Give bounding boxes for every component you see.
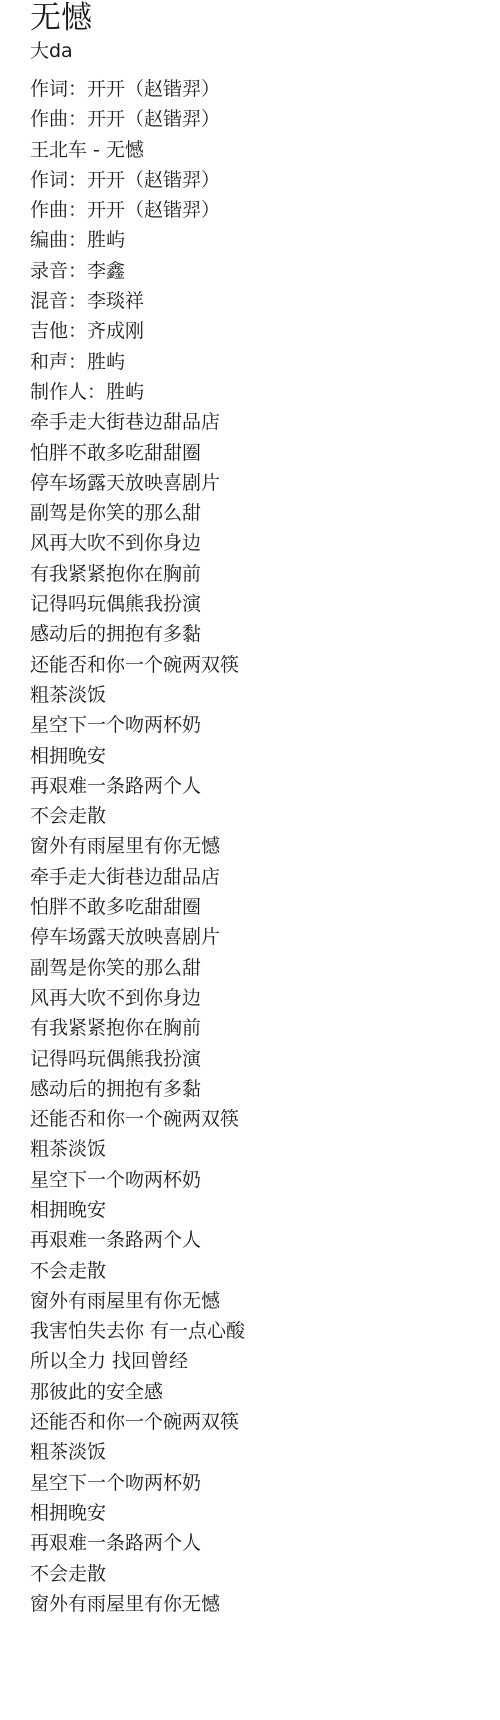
lyric-line: 和声：胜屿 <box>30 347 500 377</box>
lyric-line: 作曲：开开（赵锴羿） <box>30 195 500 225</box>
lyric-line: 有我紧紧抱你在胸前 <box>30 559 500 589</box>
lyric-line: 窗外有雨屋里有你无憾 <box>30 831 500 861</box>
lyric-line: 不会走散 <box>30 801 500 831</box>
lyric-line: 再艰难一条路两个人 <box>30 1225 500 1255</box>
lyric-line: 再艰难一条路两个人 <box>30 1528 500 1558</box>
lyric-line: 相拥晚安 <box>30 1195 500 1225</box>
lyric-line: 副驾是你笑的那么甜 <box>30 498 500 528</box>
artist-name: 大da <box>30 38 500 64</box>
lyric-line: 王北车 - 无憾 <box>30 135 500 165</box>
lyric-line: 窗外有雨屋里有你无憾 <box>30 1589 500 1619</box>
lyric-line: 再艰难一条路两个人 <box>30 771 500 801</box>
lyric-line: 不会走散 <box>30 1559 500 1589</box>
lyric-line: 不会走散 <box>30 1256 500 1286</box>
lyric-line: 还能否和你一个碗两双筷 <box>30 1104 500 1134</box>
lyric-line: 风再大吹不到你身边 <box>30 983 500 1013</box>
lyric-line: 窗外有雨屋里有你无憾 <box>30 1286 500 1316</box>
lyric-line: 粗茶淡饭 <box>30 680 500 710</box>
lyric-line: 副驾是你笑的那么甜 <box>30 953 500 983</box>
lyric-line: 感动后的拥抱有多黏 <box>30 1074 500 1104</box>
song-title: 无憾 <box>30 0 500 36</box>
lyric-line: 那彼此的安全感 <box>30 1377 500 1407</box>
lyric-line: 作词：开开（赵锴羿） <box>30 74 500 104</box>
lyric-line: 制作人：胜屿 <box>30 377 500 407</box>
lyric-line: 记得吗玩偶熊我扮演 <box>30 589 500 619</box>
lyrics-page: 无憾 大da 作词：开开（赵锴羿）作曲：开开（赵锴羿）王北车 - 无憾作词：开开… <box>0 0 500 1619</box>
lyric-line: 记得吗玩偶熊我扮演 <box>30 1044 500 1074</box>
lyric-line: 停车场露天放映喜剧片 <box>30 468 500 498</box>
lyric-line: 作曲：开开（赵锴羿） <box>30 104 500 134</box>
lyric-line: 停车场露天放映喜剧片 <box>30 922 500 952</box>
lyric-line: 星空下一个吻两杯奶 <box>30 710 500 740</box>
lyric-line: 牵手走大街巷边甜品店 <box>30 407 500 437</box>
lyric-line: 相拥晚安 <box>30 1498 500 1528</box>
lyric-line: 粗茶淡饭 <box>30 1437 500 1467</box>
lyric-line: 感动后的拥抱有多黏 <box>30 619 500 649</box>
lyric-line: 混音：李琰祥 <box>30 286 500 316</box>
lyric-line: 我害怕失去你 有一点心酸 <box>30 1316 500 1346</box>
lyric-line: 作词：开开（赵锴羿） <box>30 165 500 195</box>
lyric-line: 怕胖不敢多吃甜甜圈 <box>30 892 500 922</box>
lyric-line: 录音：李鑫 <box>30 256 500 286</box>
lyric-line: 编曲：胜屿 <box>30 225 500 255</box>
lyric-line: 有我紧紧抱你在胸前 <box>30 1013 500 1043</box>
lyric-line: 风再大吹不到你身边 <box>30 528 500 558</box>
lyric-line: 相拥晚安 <box>30 741 500 771</box>
lyrics-body: 作词：开开（赵锴羿）作曲：开开（赵锴羿）王北车 - 无憾作词：开开（赵锴羿）作曲… <box>30 74 500 1619</box>
lyric-line: 星空下一个吻两杯奶 <box>30 1165 500 1195</box>
lyric-line: 星空下一个吻两杯奶 <box>30 1468 500 1498</box>
lyric-line: 怕胖不敢多吃甜甜圈 <box>30 438 500 468</box>
lyric-line: 吉他：齐成刚 <box>30 316 500 346</box>
lyric-line: 粗茶淡饭 <box>30 1134 500 1164</box>
lyric-line: 还能否和你一个碗两双筷 <box>30 1407 500 1437</box>
lyric-line: 还能否和你一个碗两双筷 <box>30 650 500 680</box>
lyric-line: 所以全力 找回曾经 <box>30 1346 500 1376</box>
lyric-line: 牵手走大街巷边甜品店 <box>30 862 500 892</box>
